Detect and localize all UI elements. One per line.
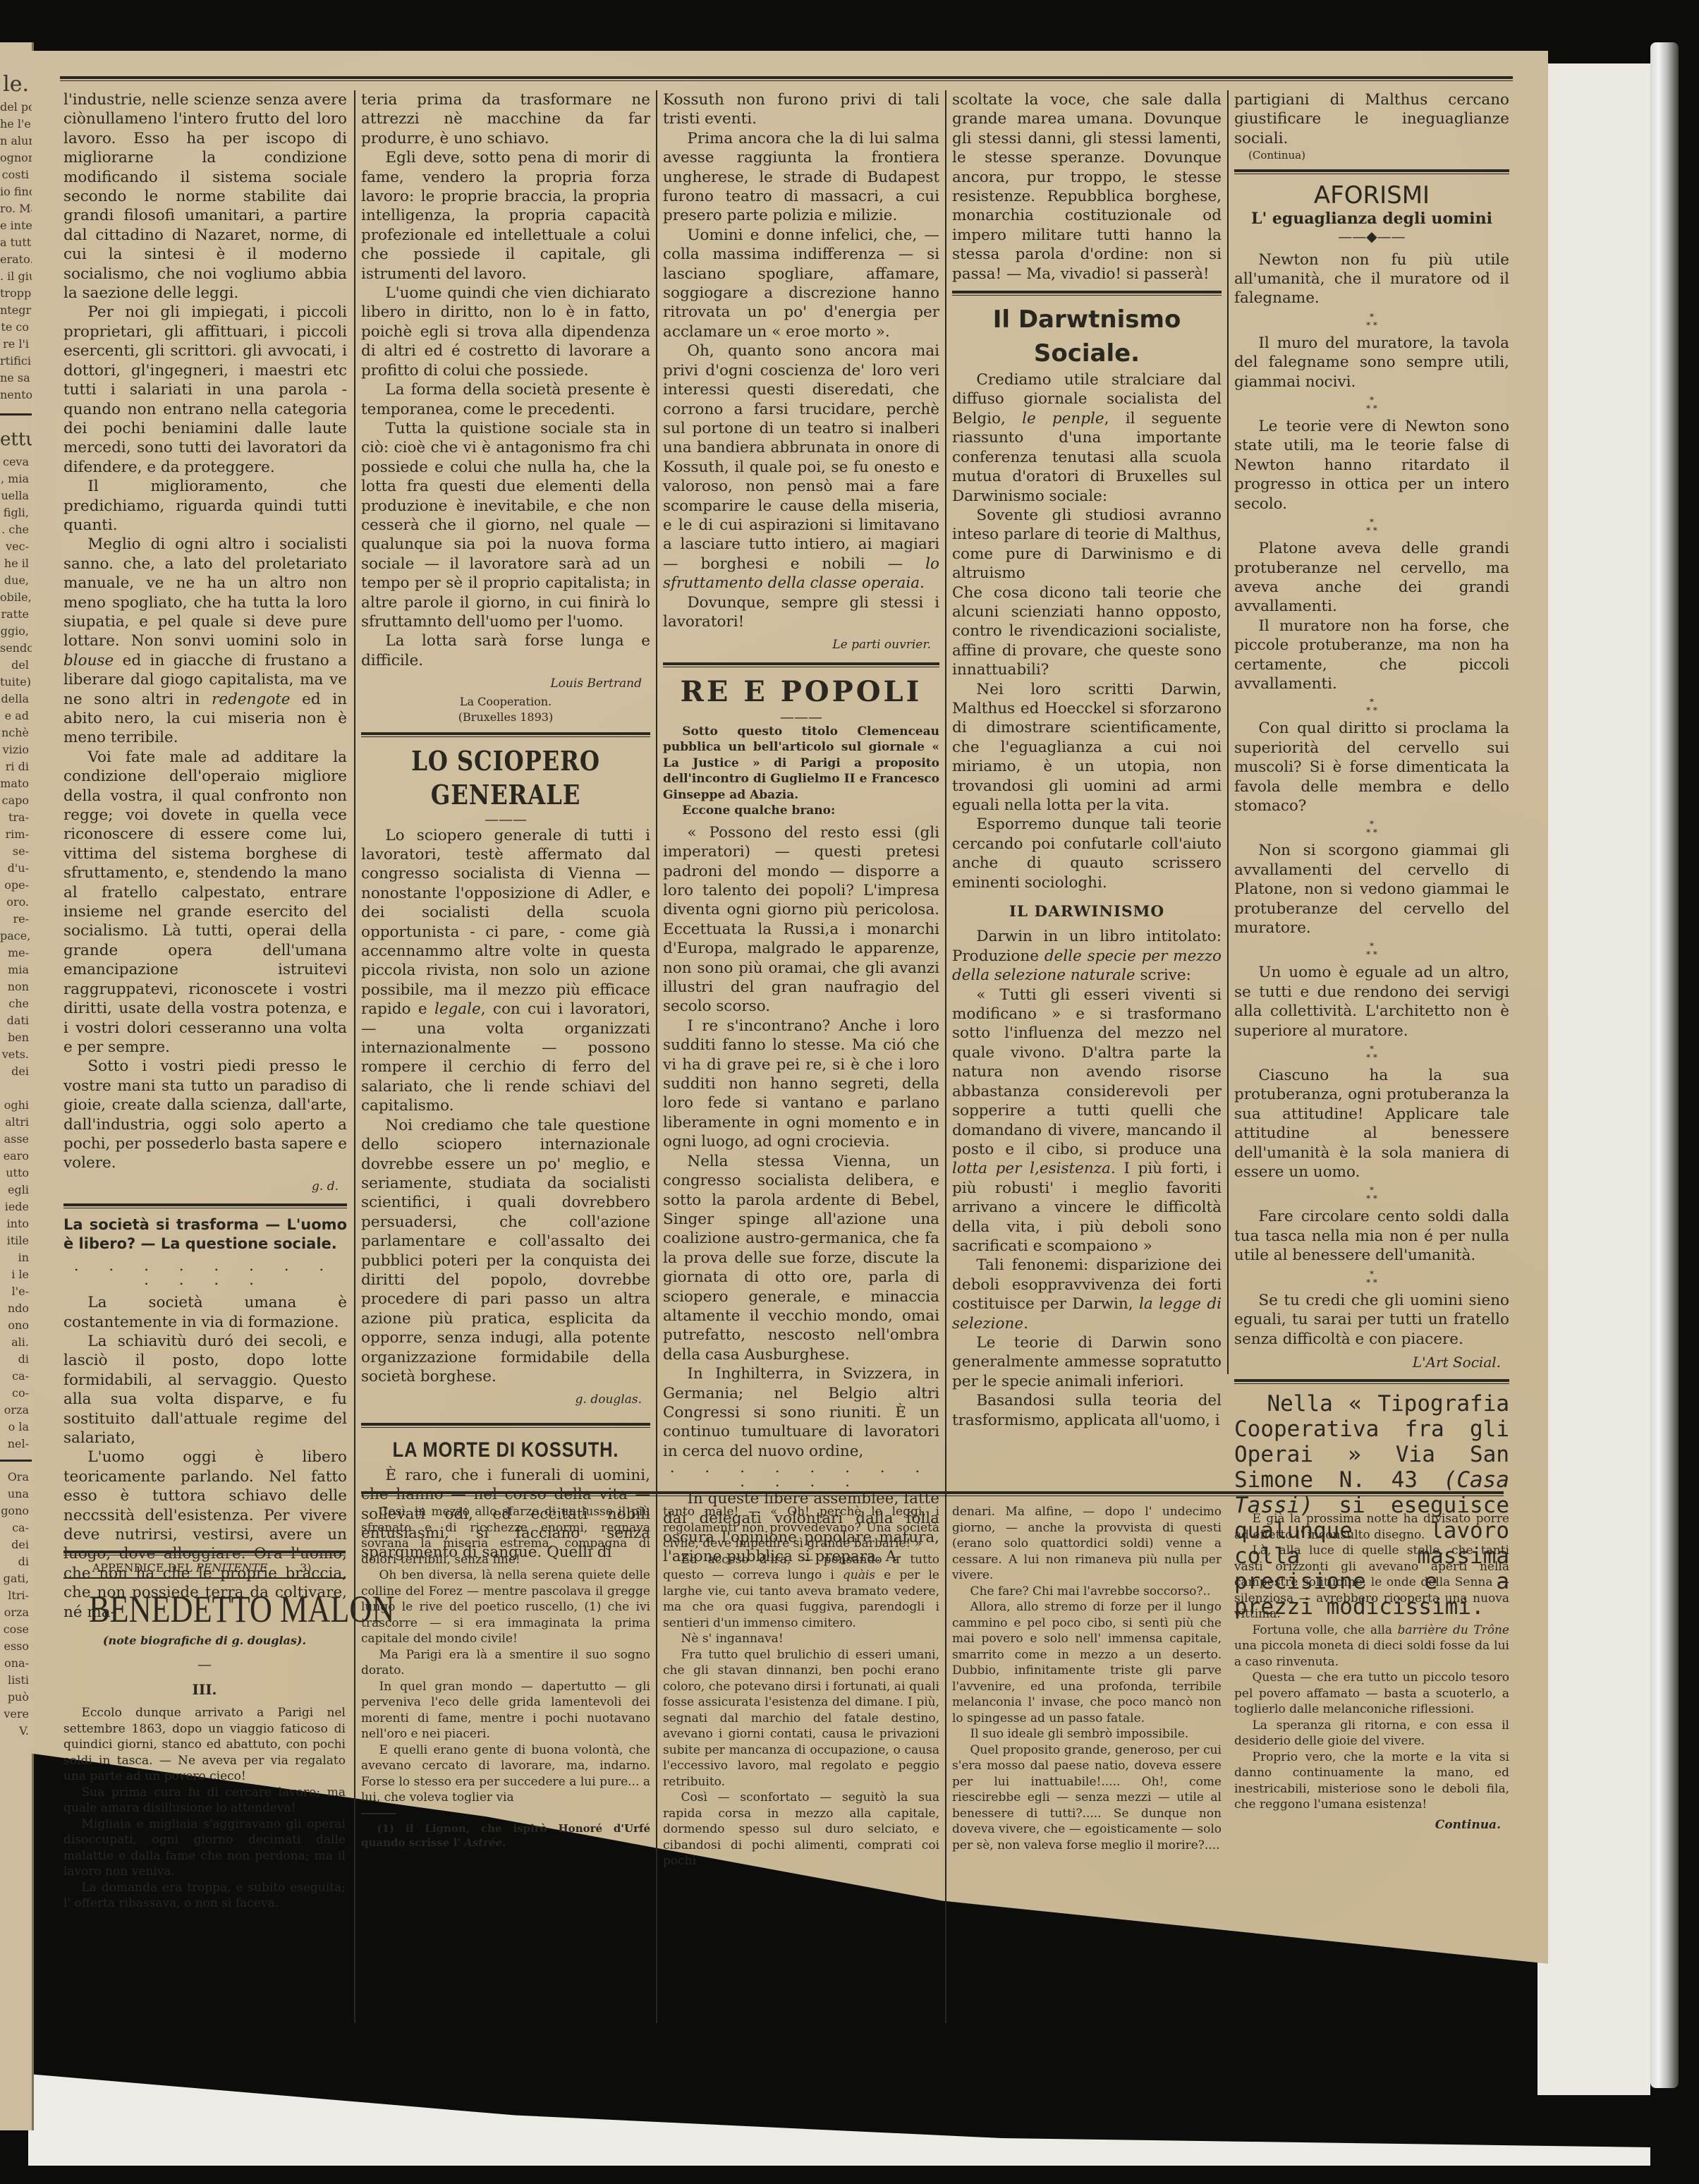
adjacent-fragment: pace,: [0, 928, 32, 945]
adjacent-fragment: . che: [0, 521, 32, 538]
adjacent-fragment: dati: [0, 1012, 32, 1029]
asterism-icon: ** *: [1234, 396, 1509, 413]
adjacent-fragment: utto: [0, 1165, 32, 1182]
footnote-separator: [361, 1813, 396, 1814]
body-paragraph: Allora, allo stremo di forze per il lung…: [952, 1599, 1222, 1726]
body-paragraph: tanto male! — « Oh! perchè le leggi, i r…: [663, 1504, 939, 1552]
body-paragraph: Nella stessa Vienna, un congresso social…: [663, 1152, 939, 1364]
adjacent-fragment: che: [0, 995, 32, 1012]
body-paragraph: I re s'incontrano? Anche i loro sudditi …: [663, 1017, 939, 1152]
body-paragraph: l'industrie, nelle scienze senza avere c…: [63, 90, 347, 303]
body-paragraph: denari. Ma alfine, — dopo l' undecimo gi…: [952, 1504, 1222, 1584]
body-paragraph: La domanda era troppa, e subito eseguita…: [63, 1880, 346, 1912]
column-rule: [656, 90, 657, 2023]
body-paragraph: Ed acceso d'ira, — pensando a tutto ques…: [663, 1552, 939, 1632]
body-paragraph: « Tutti gli esseri viventi si modificano…: [952, 985, 1222, 1256]
body-paragraph: Dovunque, sempre gli stessi i lavoratori…: [663, 593, 939, 632]
section-rule: [361, 732, 650, 737]
body-paragraph: Voi fate male ad additare la condizione …: [63, 748, 347, 1057]
body-paragraph: Fortuna volle, che alla barrière du Trôn…: [1234, 1622, 1509, 1670]
title-dash: ——◆——: [1234, 229, 1509, 243]
adjacent-fragment: d'u-: [0, 860, 32, 877]
adjacent-fragment: erato.: [0, 251, 32, 268]
aphorism: Platone aveva delle grandi protuberanze …: [1234, 539, 1509, 617]
asterism-icon: ** *: [1234, 1186, 1509, 1203]
body-paragraph: Tali fenonemi: disparizione dei deboli e…: [952, 1256, 1222, 1333]
adjacent-fragment: ro. Ma: [0, 200, 32, 217]
feuilleton-label: APPENDICE DEL: [92, 1561, 193, 1575]
article-title: LA MORTE DI KOSSUTH.: [383, 1435, 629, 1466]
body-paragraph: Eccolo dunque arrivato a Parigi nel sett…: [63, 1705, 346, 1785]
adjacent-fragment: vizio: [0, 741, 32, 758]
body-paragraph: Kossuth non furono privi di tali tristi …: [663, 90, 939, 129]
column-1: l'industrie, nelle scienze senza avere c…: [63, 90, 347, 1622]
adjacent-fragment: tropp: [0, 285, 32, 302]
adjacent-fragment: i le: [0, 1266, 32, 1283]
adjacent-fragment: ben: [0, 1029, 32, 1046]
italic-term: barrière du Trône: [1397, 1623, 1509, 1637]
body-paragraph: Meglio di ogni altro i socialisti sanno.…: [63, 535, 347, 747]
column-rule: [945, 90, 946, 2023]
italic-term: redengote: [212, 691, 290, 708]
adjacent-fragment: orza: [0, 1604, 32, 1621]
aphorism: Non si scorgono giammai gli avvallamenti…: [1234, 841, 1509, 938]
adjacent-fragment: Ora: [0, 1469, 32, 1486]
text-run: .: [1023, 1315, 1028, 1333]
adjacent-fragment: sendo: [0, 640, 32, 657]
binder-clip-right: [1650, 42, 1679, 2088]
body-paragraph: Sotto i vostri piedi presso le vostre ma…: [63, 1057, 347, 1172]
adjacent-fragment: orza: [0, 1402, 32, 1419]
adjacent-fragment: obile,: [0, 589, 32, 606]
adjacent-fragment: ali.: [0, 1334, 32, 1351]
body-paragraph: Prima ancora che la di lui salma avesse …: [663, 129, 939, 226]
adjacent-fragment: into: [0, 1215, 32, 1232]
adjacent-fragment: a tutta: [0, 234, 32, 251]
body-paragraph: Oh ben diversa, là nella serena quiete d…: [361, 1567, 650, 1647]
italic-term: blouse: [63, 652, 114, 669]
continua-label: (Continua): [1234, 148, 1509, 162]
section-rule: [361, 1423, 650, 1428]
adjacent-fragment: costi: [0, 166, 32, 183]
article-subtitle: L' eguaglianza degli uomini: [1234, 210, 1509, 229]
feuilleton-col-1: BENEDETTO MALON (note biografiche di g. …: [63, 1587, 346, 1912]
column-3: Kossuth non furono privi di tali tristi …: [663, 90, 939, 1567]
adjacent-fragment: vere: [0, 1706, 32, 1723]
adjacent-fragment: listi: [0, 1672, 32, 1689]
body-paragraph: Noi crediamo che tale questione dello sc…: [361, 1116, 650, 1387]
text-run: Lo sciopero generale di tutti i lavorato…: [361, 827, 650, 1019]
mount-board-right: [1537, 63, 1650, 2095]
adjacent-fragment: io fino: [0, 183, 32, 200]
adjacent-fragment: te co: [0, 319, 32, 336]
intro-paragraph: Eccone qualche brano:: [663, 803, 939, 819]
mount-board-bottom: [28, 2074, 1650, 2166]
adjacent-fragment: può: [0, 1689, 32, 1706]
section-rule: [663, 662, 939, 667]
adjacent-fragment: mato: [0, 775, 32, 792]
adjacent-fragment: dei: [0, 1063, 32, 1080]
article-title: Il Darwtnismo Sociale.: [952, 303, 1222, 370]
section-rule: [63, 1203, 347, 1208]
italic-term: legale: [434, 1000, 481, 1018]
text-run: scrive:: [1135, 966, 1191, 984]
body-paragraph: Basandosi sulla teoria del trasformismo,…: [952, 1391, 1222, 1430]
adjacent-fragment: ri di: [0, 758, 32, 775]
aphorism: Le teorie vere di Newton sono state util…: [1234, 417, 1509, 514]
feuilleton-name: PENITENTE: [196, 1561, 267, 1575]
adjacent-fragment: ltri-: [0, 1587, 32, 1604]
feuilleton-col-2: Così, in mezzo allo sfarzo di un lusso i…: [361, 1504, 650, 1850]
aphorism: Se tu credi che gli uomini sieno eguali,…: [1234, 1291, 1509, 1349]
signature: g. douglas.: [361, 1390, 642, 1409]
article-title: La società si trasforma — L'uomo è liber…: [63, 1215, 347, 1254]
adjacent-fragment: figli,: [0, 504, 32, 521]
adjacent-fragment: uella: [0, 487, 32, 504]
body-paragraph: La forma della società presente è tempor…: [361, 380, 650, 419]
adjacent-fragment: e ad: [0, 708, 32, 724]
adjacent-fragment: n alun: [0, 133, 32, 150]
column-5: partigiani di Malthus cercano giustifica…: [1234, 90, 1509, 1620]
adjacent-fragment: he il: [0, 555, 32, 572]
adjacent-fragment: o la: [0, 1419, 32, 1436]
title-dash: —: [63, 1657, 346, 1671]
adjacent-page-strip: le. del po he l'e n alun ognor costi io …: [0, 42, 34, 2130]
adjacent-fragment: ceva: [0, 454, 32, 471]
installment-number: 3): [300, 1561, 311, 1575]
aphorism: Newton non fu più utile all'umanità, che…: [1234, 250, 1509, 308]
body-paragraph: Quel proposito grande, generoso, per cui…: [952, 1742, 1222, 1854]
asterism-icon: ** *: [1234, 1045, 1509, 1062]
adjacent-fragment: nel-: [0, 1436, 32, 1452]
scan-frame: le. del po he l'e n alun ognor costi io …: [0, 0, 1699, 2184]
body-paragraph: In Inghilterra, in Svizzera, in Germania…: [663, 1364, 939, 1461]
adjacent-fragment: in: [0, 1249, 32, 1266]
adjacent-fragment: di: [0, 1553, 32, 1570]
section-subtitle: IL DARWINISMO: [952, 902, 1222, 921]
aphorism: Il muratore non ha forse, che piccole pr…: [1234, 617, 1509, 694]
body-paragraph: La lotta sarà forse lunga e difficile.: [361, 631, 650, 670]
feuilleton-text: Eccolo dunque arrivato a Parigi nel sett…: [63, 1705, 346, 1912]
adjacent-fragment: due,: [0, 572, 32, 589]
adjacent-fragment: vets.: [0, 1046, 32, 1063]
italic-term: le penple: [1022, 410, 1104, 427]
feuilleton-title: BENEDETTO MALON: [89, 1587, 320, 1631]
body-paragraph: Così, in mezzo allo sfarzo di un lusso i…: [361, 1504, 650, 1567]
column-4: scoltate la voce, che sale dalla grande …: [952, 90, 1222, 1430]
body-paragraph: E già la prossima notte ha divisato porr…: [1234, 1511, 1509, 1543]
adjacent-fragment: ope-: [0, 877, 32, 894]
body-paragraph: Tutta la quistione sociale sta in ciò: c…: [361, 419, 650, 631]
section-rule: [1234, 1379, 1509, 1384]
text-run: Fortuna volle, che alla: [1253, 1623, 1398, 1637]
feuilleton-header: APPENDICE DEL PENITENTE 3): [63, 1560, 346, 1576]
body-paragraph: Sovente gli studiosi avranno inteso parl…: [952, 506, 1222, 583]
article-title: AFORISMI: [1234, 181, 1509, 210]
body-paragraph: Fra tutto quel brulichio di esseri umani…: [663, 1647, 939, 1790]
feuilleton-col-5: E già la prossima notte ha divisato porr…: [1234, 1511, 1509, 1833]
adjacent-fragment: ne sa: [0, 370, 32, 387]
continua-label: Continua.: [1234, 1817, 1501, 1833]
intro-paragraph: Sotto questo titolo Clemenceau pubblica …: [663, 724, 939, 803]
adjacent-fragment: nento: [0, 387, 32, 404]
aphorism: Un uomo è eguale ad un altro, se tutti e…: [1234, 963, 1509, 1041]
body-paragraph: Ma Parigi era là a smentire il suo sogno…: [361, 1647, 650, 1679]
adjacent-fragment: re l'i: [0, 336, 32, 353]
body-paragraph: Che cosa dicono tali teorie che alcuni s…: [952, 583, 1222, 680]
adjacent-fragment: gati,: [0, 1570, 32, 1587]
feuilleton-rule: [63, 1551, 346, 1555]
adjacent-fragment: oghi: [0, 1097, 32, 1114]
chapter-number: III.: [63, 1681, 346, 1698]
aphorism: Con qual diritto si proclama la superior…: [1234, 719, 1509, 815]
text-run: Oh, quanto sono ancora mai privi d'ogni …: [663, 342, 939, 572]
adjacent-fragment: esso: [0, 1638, 32, 1655]
adjacent-fragment: ognor: [0, 150, 32, 166]
body-paragraph: Darwin in un libro intitolato: Produzion…: [952, 927, 1222, 985]
header-rule: [63, 1577, 346, 1579]
body-paragraph: La speranza gli ritorna, e con essa il d…: [1234, 1718, 1509, 1749]
body-paragraph: Egli deve, sotto pena di morir di fame, …: [361, 148, 650, 284]
title-dash: ———: [663, 710, 939, 724]
top-double-rule: [60, 76, 1513, 81]
adjacent-fragment: nchè: [0, 724, 32, 741]
body-paragraph: L'uome quindi che vien dichiarato libero…: [361, 284, 650, 380]
section-rule: [1234, 169, 1509, 174]
adjacent-fragment: ndo: [0, 1300, 32, 1317]
adjacent-fragment: vec-: [0, 538, 32, 555]
body-paragraph: Lo sciopero generale di tutti i lavorato…: [361, 826, 650, 1116]
body-paragraph: Il suo ideale gli sembrò impossibile.: [952, 1726, 1222, 1742]
adjacent-fragment: oro.: [0, 894, 32, 911]
adjacent-fragment: earo: [0, 1148, 32, 1165]
ellipsis-dots: . . . . . . . . . . . .: [63, 1259, 347, 1287]
adjacent-fragment: iede: [0, 1199, 32, 1215]
adjacent-fragment: ona-: [0, 1655, 32, 1672]
body-paragraph: Crediamo utile stralciare dal diffuso gi…: [952, 370, 1222, 506]
source-location: (Bruxelles 1893): [361, 710, 650, 725]
body-paragraph: Le teorie di Darwin sono generalmente am…: [952, 1333, 1222, 1391]
feuilleton-col-3: tanto male! — « Oh! perchè le leggi, i r…: [663, 1504, 939, 1869]
body-paragraph: Che fare? Chi mai l'avrebbe soccorso?..: [952, 1584, 1222, 1600]
adjacent-fragment: me-: [0, 945, 32, 961]
text-run: .: [502, 1836, 506, 1849]
feuilleton-col-4: denari. Ma alfine, — dopo l' undecimo gi…: [952, 1504, 1222, 1853]
aphorism: Il muro del muratore, la tavola del fale…: [1234, 334, 1509, 392]
body-paragraph: teria prima da trasformare ne attrezzi n…: [361, 90, 650, 148]
adjacent-fragment: se-: [0, 843, 32, 860]
feuilleton-subtitle: (note biografiche di g. douglas).: [63, 1634, 346, 1647]
signature: Louis Bertrand: [361, 674, 642, 693]
section-rule: [952, 291, 1222, 296]
ellipsis-dots: . . . . . . . . . . . .: [663, 1461, 939, 1489]
adjacent-fragment: ntegral: [0, 302, 32, 319]
italic-term: Astrée: [464, 1836, 502, 1849]
adjacent-fragment: V.: [0, 1723, 32, 1740]
adjacent-fragment: asse: [0, 1131, 32, 1148]
adjacent-fragment: di: [0, 1351, 32, 1368]
body-paragraph: Sua prima cura fu di cercare lavoro; ma …: [63, 1785, 346, 1816]
body-paragraph: Così — sconfortato — seguitò la sua rapi…: [663, 1790, 939, 1869]
adjacent-fragment: co-: [0, 1385, 32, 1402]
body-paragraph: Questa — che era tutto un piccolo tesoro…: [1234, 1670, 1509, 1718]
footnote: (1) il Lignon, che ispirò Honoré d'Urfé …: [361, 1821, 650, 1850]
asterism-icon: ** *: [1234, 698, 1509, 715]
body-paragraph: La società umana è costantemente in via …: [63, 1293, 347, 1332]
adjacent-fragment: rim-: [0, 826, 32, 843]
column-2: teria prima da trasformare ne attrezzi n…: [361, 90, 650, 1563]
adjacent-fragment: non: [0, 978, 32, 995]
column-rule: [1227, 90, 1229, 1374]
body-paragraph: partigiani di Malthus cercano giustifica…: [1234, 90, 1509, 148]
body-paragraph: Uomini e donne infelici, che, — colla ma…: [663, 226, 939, 341]
body-paragraph: Esporremo dunque tali teorie cercando po…: [952, 815, 1222, 892]
asterism-icon: ** *: [1234, 313, 1509, 329]
body-paragraph: In quel gran mondo — dapertutto — gli pe…: [361, 1679, 650, 1742]
signature: Le parti ouvrier.: [663, 636, 931, 655]
adjacent-fragment: ratte: [0, 606, 32, 623]
signature: L'Art Social.: [1234, 1353, 1501, 1372]
body-paragraph: scoltate la voce, che sale dalla grande …: [952, 90, 1222, 284]
body-paragraph: « Possono del resto essi (gli imperatori…: [663, 823, 939, 1017]
aphorism: Ciascuno ha la sua protuberanza, ogni pr…: [1234, 1066, 1509, 1182]
aphorism: Fare circolare cento soldi dalla tua tas…: [1234, 1207, 1509, 1265]
asterism-icon: ** *: [1234, 1270, 1509, 1287]
column-rule: [354, 90, 355, 2023]
adjacent-fragment: gono: [0, 1503, 32, 1519]
text-run: una piccola moneta di dieci soldi fosse …: [1234, 1639, 1509, 1669]
adjacent-fragment: mia: [0, 961, 32, 978]
adjacent-fragment: cose: [0, 1621, 32, 1638]
adjacent-fragment: e inte: [0, 217, 32, 234]
adjacent-fragment: ono: [0, 1317, 32, 1334]
adjacent-fragment: he l'e: [0, 116, 32, 133]
adjacent-fragment: itile: [0, 1232, 32, 1249]
adjacent-fragment: tra-: [0, 809, 32, 826]
adjacent-fragment: re-: [0, 911, 32, 928]
adjacent-fragment: ca-: [0, 1519, 32, 1536]
text-run: Meglio di ogni altro i socialisti sanno.…: [63, 535, 347, 650]
adjacent-fragment: del: [0, 657, 32, 674]
text-run: « Tutti gli esseri viventi si modificano…: [952, 986, 1222, 1158]
adjacent-fragment: altri: [0, 1114, 32, 1131]
adjacent-fragment: . il giu: [0, 268, 32, 285]
body-paragraph: Proprio vero, che la morte e la vita si …: [1234, 1749, 1509, 1813]
body-paragraph: Nei loro scritti Darwin, Malthus ed Hoec…: [952, 680, 1222, 815]
adjacent-heading-fragment: ettuale.: [0, 425, 32, 454]
adjacent-fragment: , mia: [0, 471, 32, 487]
adjacent-fragment: ggio,: [0, 623, 32, 640]
body-paragraph: Nè s' ingannava!: [663, 1631, 939, 1647]
body-paragraph: La schiavitù duró dei secoli, e lasciò i…: [63, 1332, 347, 1448]
adjacent-fragment: egli: [0, 1182, 32, 1199]
adjacent-fragment: le.: [0, 71, 32, 99]
body-paragraph: Oh, quanto sono ancora mai privi d'ogni …: [663, 341, 939, 593]
body-paragraph: Là, alla luce di quelle stelle, che tant…: [1234, 1543, 1509, 1622]
title-dash: ———: [361, 812, 650, 826]
adjacent-fragment: ca-: [0, 1368, 32, 1385]
adjacent-fragment: tuite): [0, 674, 32, 691]
body-paragraph: Migliaia e migliaia s'aggiravano gli ope…: [63, 1816, 346, 1880]
article-title: RE E POPOLI: [663, 674, 939, 710]
adjacent-fragment: rtificio: [0, 353, 32, 370]
asterism-icon: ** *: [1234, 942, 1509, 959]
italic-term: quàis: [843, 1568, 875, 1582]
body-paragraph: E quelli erano gente di buona volontà, c…: [361, 1742, 650, 1806]
feuilleton-rule: [361, 1491, 1504, 1496]
adjacent-fragment: dei: [0, 1536, 32, 1553]
source-publication: La Cooperation.: [361, 694, 650, 710]
adjacent-fragment: l'e-: [0, 1283, 32, 1300]
article-title: LO SCIOPERO GENERALE: [383, 744, 629, 812]
signature: g. d.: [63, 1177, 339, 1196]
body-paragraph: Per noi gli impiegati, i piccoli proprie…: [63, 303, 347, 477]
body-paragraph: Il miglioramento, che predichiamo, rigua…: [63, 477, 347, 535]
adjacent-fragment: della: [0, 691, 32, 708]
adjacent-fragment: del po: [0, 99, 32, 116]
adjacent-fragment: una: [0, 1486, 32, 1503]
asterism-icon: ** *: [1234, 820, 1509, 837]
asterism-icon: ** *: [1234, 518, 1509, 535]
adjacent-fragment: capo: [0, 792, 32, 809]
italic-term: lotta per l,esistenza: [952, 1160, 1111, 1177]
